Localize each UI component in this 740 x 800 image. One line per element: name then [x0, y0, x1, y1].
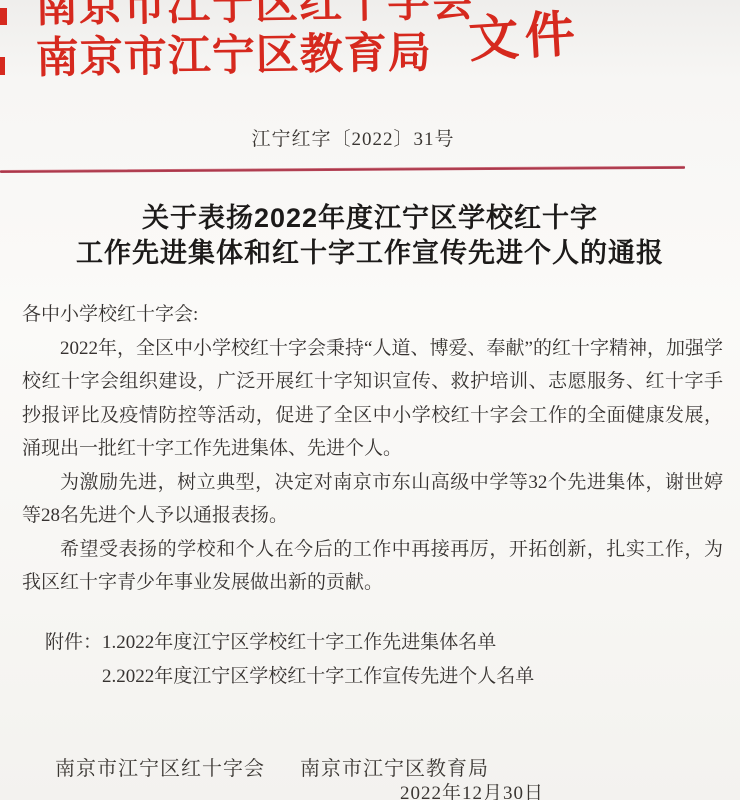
official-document-page: 南京市江宁区红十字会 南京市江宁区教育局 文件 江宁红字〔2022〕31号 关于… [0, 0, 740, 800]
issuing-org-education-bureau: 南京市江宁区教育局 [36, 31, 433, 82]
attachment-item: 1.2022年度江宁区学校红十字工作先进集体名单 [102, 626, 534, 660]
issuing-org-red-cross: 南京市江宁区红十字会 [35, 0, 476, 31]
attachments-list: 1.2022年度江宁区学校红十字工作先进集体名单 2.2022年度江宁区学校红十… [102, 626, 534, 693]
attachments-section: 附件： 1.2022年度江宁区学校红十字工作先进集体名单 2.2022年度江宁区… [45, 626, 534, 693]
attachments-label: 附件： [45, 626, 102, 693]
attachment-item: 2.2022年度江宁区学校红十字工作宣传先进个人名单 [102, 660, 534, 694]
red-separator-line [0, 166, 685, 173]
signature-education-bureau: 南京市江宁区教育局 [300, 752, 489, 781]
cropped-character-fragment [0, 8, 7, 25]
salutation: 各中小学校红十字会: [22, 298, 723, 332]
document-type-label: 文件 [467, 0, 583, 72]
document-title: 关于表扬2022年度江宁区学校红十字 工作先进集体和红十字工作宣传先进个人的通报 [0, 201, 740, 271]
body-paragraph: 为激励先进，树立典型，决定对南京市东山高级中学等32个先进集体，谢世婷等28名先… [22, 466, 723, 533]
document-number: 江宁红字〔2022〕31号 [0, 124, 706, 151]
document-date: 2022年12月30日 [400, 778, 544, 800]
document-title-line2: 工作先进集体和红十字工作宣传先进个人的通报 [0, 236, 740, 271]
document-title-line1: 关于表扬2022年度江宁区学校红十字 [0, 201, 740, 236]
body-paragraph: 希望受表扬的学校和个人在今后的工作中再接再厉，开拓创新，扎实工作，为我区红十字青… [22, 533, 723, 600]
cropped-character-fragment [0, 57, 5, 75]
document-body: 各中小学校红十字会: 2022年，全区中小学校红十字会秉持“人道、博爱、奉献”的… [22, 298, 723, 600]
body-paragraph: 2022年，全区中小学校红十字会秉持“人道、博爱、奉献”的红十字精神，加强学校红… [22, 332, 723, 466]
signature-red-cross: 南京市江宁区红十字会 [55, 752, 265, 781]
